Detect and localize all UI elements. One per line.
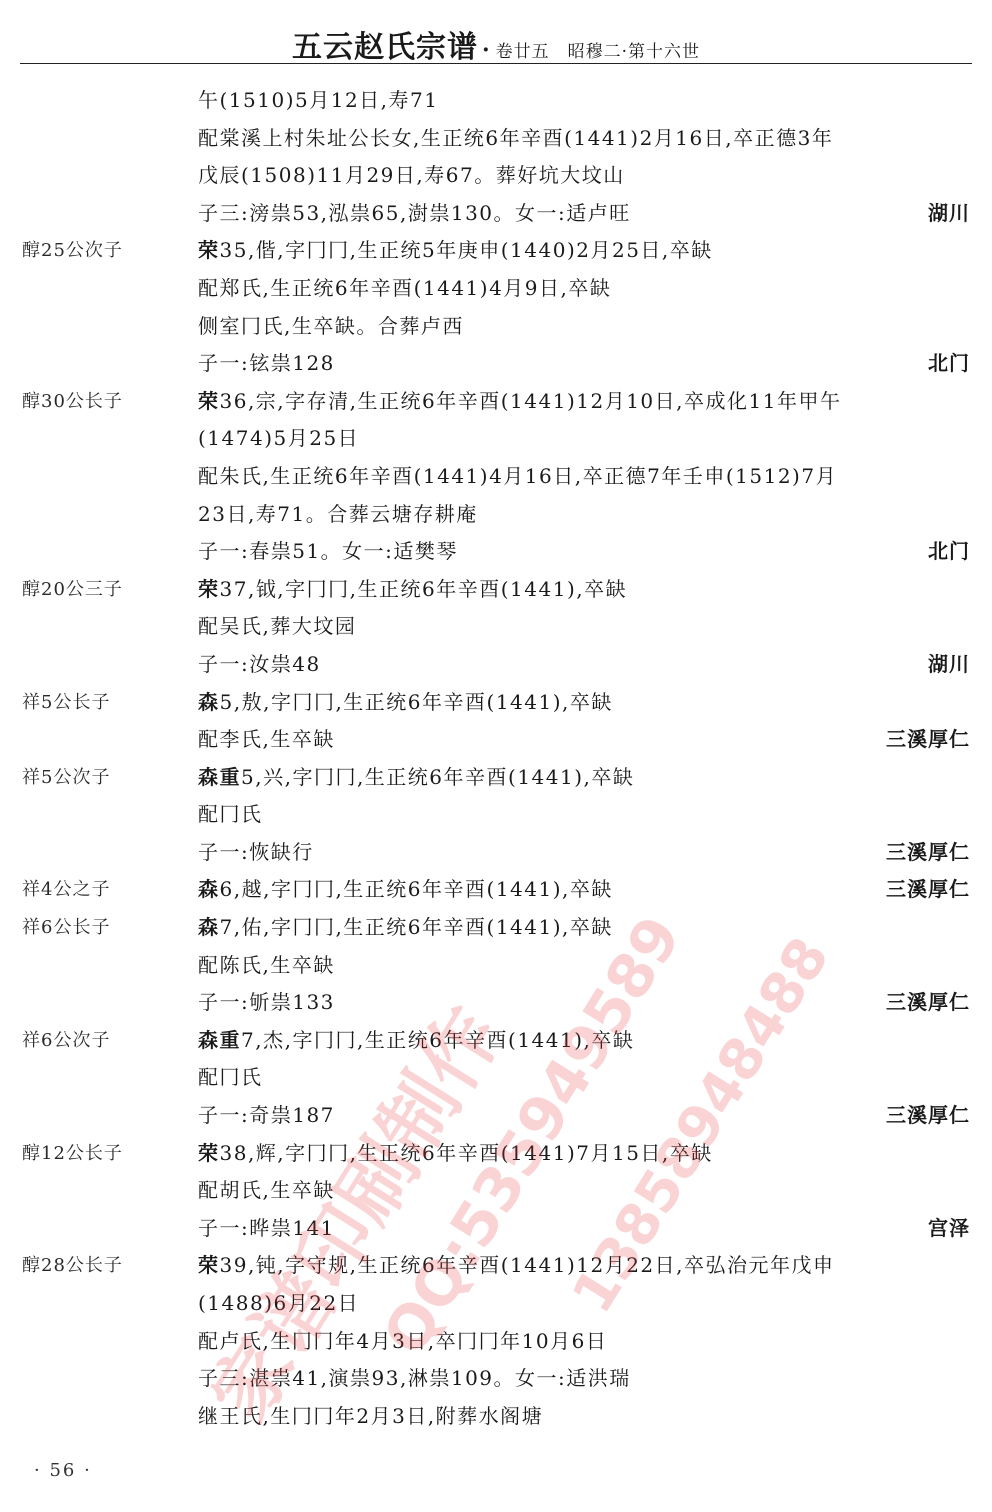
entry-text: 子一:晔祟141 [198, 1210, 335, 1248]
entry-line: 子一:斪祟133三溪厚仁 [0, 984, 992, 1022]
entry-body: 子三:湛祟41,演祟93,淋祟109。女一:适洪瑞 [198, 1366, 631, 1390]
entry-line: 子一:春祟51。女一:适樊琴北门 [0, 533, 992, 571]
entry-line: 醇20公三子荣37,钺,字冂冂,生正统6年辛酉(1441),卒缺 [0, 571, 992, 609]
generation-character: 森 [198, 915, 220, 939]
entry-body: 侧室冂氏,生卒缺。合葬卢西 [198, 314, 464, 338]
entry-body: 6,越,字冂冂,生正统6年辛酉(1441),卒缺 [220, 877, 613, 901]
entry-body: 子一:奇祟187 [198, 1103, 335, 1127]
section-label: 昭穆二·第十六世 [568, 42, 700, 62]
parent-label: 醇20公三子 [22, 571, 123, 609]
entry-text: 荣37,钺,字冂冂,生正统6年辛酉(1441),卒缺 [198, 571, 627, 609]
residence-location: 湖川 [928, 195, 970, 233]
entry-text: 子一:奇祟187 [198, 1097, 335, 1135]
book-title: 五云赵氏宗谱 [292, 30, 478, 65]
entry-body: 子一:汝祟48 [198, 652, 321, 676]
entry-body: 配卢氏,生冂冂年4月3日,卒冂冂年10月6日 [198, 1329, 607, 1353]
entry-text: 配李氏,生卒缺 [198, 721, 335, 759]
entry-body: 子一:春祟51。女一:适樊琴 [198, 539, 458, 563]
parent-label: 醇25公次子 [22, 232, 123, 270]
entry-text: 23日,寿71。合葬云塘存耕庵 [198, 496, 478, 534]
entry-body: 子一:铉祟128 [198, 351, 335, 375]
entry-text: 荣38,辉,字冂冂,生正统6年辛酉(1441)7月15日,卒缺 [198, 1135, 713, 1173]
entry-text: 配卢氏,生冂冂年4月3日,卒冂冂年10月6日 [198, 1323, 607, 1361]
entry-body: 38,辉,字冂冂,生正统6年辛酉(1441)7月15日,卒缺 [220, 1141, 713, 1165]
entry-body: 配冂氏 [198, 802, 263, 826]
entry-body: 继王氏,生冂冂年2月3日,附葬水阁塘 [198, 1404, 543, 1428]
entry-text: 子一:春祟51。女一:适樊琴 [198, 533, 458, 571]
entry-text: 子一:恢缺行 [198, 834, 314, 872]
parent-label: 醇12公长子 [22, 1135, 123, 1173]
entry-text: 森7,佑,字冂冂,生正统6年辛酉(1441),卒缺 [198, 909, 613, 947]
residence-location: 三溪厚仁 [886, 871, 970, 909]
genealogy-entries: 午(1510)5月12日,寿71配棠溪上村朱址公长女,生正统6年辛酉(1441)… [0, 82, 992, 1435]
entry-line: 继王氏,生冂冂年2月3日,附葬水阁塘 [0, 1398, 992, 1436]
entry-line: 祥6公长子森7,佑,字冂冂,生正统6年辛酉(1441),卒缺 [0, 909, 992, 947]
residence-location: 湖川 [928, 646, 970, 684]
entry-line: 子一:奇祟187三溪厚仁 [0, 1097, 992, 1135]
entry-line: 配郑氏,生正统6年辛酉(1441)4月9日,卒缺 [0, 270, 992, 308]
entry-body: 23日,寿71。合葬云塘存耕庵 [198, 502, 478, 526]
entry-body: 39,钝,字守规,生正统6年辛酉(1441)12月22日,卒弘治元年戊申 [220, 1253, 835, 1277]
generation-character: 荣 [198, 1141, 220, 1165]
entry-body: 5,敖,字冂冂,生正统6年辛酉(1441),卒缺 [220, 690, 613, 714]
entry-body: 37,钺,字冂冂,生正统6年辛酉(1441),卒缺 [220, 577, 628, 601]
entry-line: 子一:汝祟48湖川 [0, 646, 992, 684]
entry-line: 醇25公次子荣35,偕,字冂冂,生正统5年庚申(1440)2月25日,卒缺 [0, 232, 992, 270]
entry-body: (1474)5月25日 [198, 426, 359, 450]
entry-text: 侧室冂氏,生卒缺。合葬卢西 [198, 308, 464, 346]
entry-text: 配陈氏,生卒缺 [198, 947, 335, 985]
entry-text: 子一:铉祟128 [198, 345, 335, 383]
entry-line: 配棠溪上村朱址公长女,生正统6年辛酉(1441)2月16日,卒正德3年 [0, 120, 992, 158]
entry-line: 配冂氏 [0, 1059, 992, 1097]
entry-line: 配吴氏,葬大坟园 [0, 608, 992, 646]
entry-text: 配胡氏,生卒缺 [198, 1172, 335, 1210]
entry-text: 配棠溪上村朱址公长女,生正统6年辛酉(1441)2月16日,卒正德3年 [198, 120, 833, 158]
entry-line: 配胡氏,生卒缺 [0, 1172, 992, 1210]
entry-text: 戊辰(1508)11月29日,寿67。葬好坑大坟山 [198, 157, 625, 195]
parent-label: 祥6公长子 [22, 909, 110, 947]
generation-character: 森 [198, 690, 220, 714]
header-rule [20, 63, 972, 64]
entry-text: 子三:湛祟41,演祟93,淋祟109。女一:适洪瑞 [198, 1360, 631, 1398]
residence-location: 三溪厚仁 [886, 1097, 970, 1135]
entry-line: 配卢氏,生冂冂年4月3日,卒冂冂年10月6日 [0, 1323, 992, 1361]
running-header: 五云赵氏宗谱·卷廿五昭穆二·第十六世 [0, 22, 992, 62]
entry-line: (1474)5月25日 [0, 420, 992, 458]
entry-body: 戊辰(1508)11月29日,寿67。葬好坑大坟山 [198, 163, 625, 187]
entry-line: 祥5公次子森重5,兴,字冂冂,生正统6年辛酉(1441),卒缺 [0, 759, 992, 797]
entry-body: 配郑氏,生正统6年辛酉(1441)4月9日,卒缺 [198, 276, 611, 300]
entry-body: 子三:滂祟53,泓祟65,澍祟130。女一:适卢旺 [198, 201, 631, 225]
entry-line: (1488)6月22日 [0, 1285, 992, 1323]
entry-body: 35,偕,字冂冂,生正统5年庚申(1440)2月25日,卒缺 [220, 238, 713, 262]
residence-location: 北门 [928, 533, 970, 571]
generation-character: 荣 [198, 1253, 220, 1277]
entry-line: 配陈氏,生卒缺 [0, 947, 992, 985]
entry-body: 配冂氏 [198, 1065, 263, 1089]
header-separator: · [482, 37, 490, 63]
entry-body: 配陈氏,生卒缺 [198, 953, 335, 977]
entry-body: 子一:恢缺行 [198, 840, 314, 864]
entry-text: (1488)6月22日 [198, 1285, 359, 1323]
entry-text: 森重7,杰,字冂冂,生正统6年辛酉(1441),卒缺 [198, 1022, 634, 1060]
volume-label: 卷廿五 [496, 42, 550, 62]
entry-text: 森重5,兴,字冂冂,生正统6年辛酉(1441),卒缺 [198, 759, 634, 797]
entry-line: 侧室冂氏,生卒缺。合葬卢西 [0, 308, 992, 346]
entry-line: 配冂氏 [0, 796, 992, 834]
entry-line: 醇12公长子荣38,辉,字冂冂,生正统6年辛酉(1441)7月15日,卒缺 [0, 1135, 992, 1173]
entry-text: 配朱氏,生正统6年辛酉(1441)4月16日,卒正德7年壬申(1512)7月 [198, 458, 837, 496]
entry-line: 子三:滂祟53,泓祟65,澍祟130。女一:适卢旺湖川 [0, 195, 992, 233]
entry-body: 5,兴,字冂冂,生正统6年辛酉(1441),卒缺 [241, 765, 634, 789]
entry-body: 配李氏,生卒缺 [198, 727, 335, 751]
entry-body: (1488)6月22日 [198, 1291, 359, 1315]
entry-text: 荣36,宗,字存清,生正统6年辛酉(1441)12月10日,卒成化11年甲午 [198, 383, 841, 421]
entry-body: 7,杰,字冂冂,生正统6年辛酉(1441),卒缺 [241, 1028, 634, 1052]
entry-text: 配吴氏,葬大坟园 [198, 608, 356, 646]
entry-line: 配朱氏,生正统6年辛酉(1441)4月16日,卒正德7年壬申(1512)7月 [0, 458, 992, 496]
page-number: · 56 · [34, 1460, 92, 1481]
parent-label: 醇30公长子 [22, 383, 123, 421]
entry-line: 子一:铉祟128北门 [0, 345, 992, 383]
entry-body: 子一:斪祟133 [198, 990, 335, 1014]
entry-body: 配棠溪上村朱址公长女,生正统6年辛酉(1441)2月16日,卒正德3年 [198, 126, 833, 150]
entry-body: 配胡氏,生卒缺 [198, 1178, 335, 1202]
residence-location: 宫泽 [928, 1210, 970, 1248]
entry-body: 配吴氏,葬大坟园 [198, 614, 356, 638]
entry-line: 子三:湛祟41,演祟93,淋祟109。女一:适洪瑞 [0, 1360, 992, 1398]
entry-text: 子一:斪祟133 [198, 984, 335, 1022]
entry-line: 配李氏,生卒缺三溪厚仁 [0, 721, 992, 759]
entry-line: 23日,寿71。合葬云塘存耕庵 [0, 496, 992, 534]
generation-character: 森 [198, 877, 220, 901]
parent-label: 祥5公次子 [22, 759, 110, 797]
entry-line: 子一:恢缺行三溪厚仁 [0, 834, 992, 872]
entry-line: 戊辰(1508)11月29日,寿67。葬好坑大坟山 [0, 157, 992, 195]
entry-text: 午(1510)5月12日,寿71 [198, 82, 438, 120]
residence-location: 三溪厚仁 [886, 721, 970, 759]
entry-body: 子一:晔祟141 [198, 1216, 335, 1240]
residence-location: 三溪厚仁 [886, 834, 970, 872]
entry-line: 祥5公长子森5,敖,字冂冂,生正统6年辛酉(1441),卒缺 [0, 684, 992, 722]
generation-character: 荣 [198, 389, 220, 413]
entry-line: 祥4公之子森6,越,字冂冂,生正统6年辛酉(1441),卒缺三溪厚仁 [0, 871, 992, 909]
entry-text: 子一:汝祟48 [198, 646, 321, 684]
entry-line: 子一:晔祟141宫泽 [0, 1210, 992, 1248]
generation-character: 荣 [198, 238, 220, 262]
parent-label: 祥6公次子 [22, 1022, 110, 1060]
entry-text: 继王氏,生冂冂年2月3日,附葬水阁塘 [198, 1398, 543, 1436]
generation-character: 森重 [198, 1028, 241, 1052]
entry-text: 配冂氏 [198, 1059, 263, 1097]
generation-character: 森重 [198, 765, 241, 789]
parent-label: 祥4公之子 [22, 871, 110, 909]
entry-line: 午(1510)5月12日,寿71 [0, 82, 992, 120]
generation-character: 荣 [198, 577, 220, 601]
entry-body: 午(1510)5月12日,寿71 [198, 88, 438, 112]
entry-body: 配朱氏,生正统6年辛酉(1441)4月16日,卒正德7年壬申(1512)7月 [198, 464, 837, 488]
entry-body: 7,佑,字冂冂,生正统6年辛酉(1441),卒缺 [220, 915, 613, 939]
parent-label: 祥5公长子 [22, 684, 110, 722]
residence-location: 北门 [928, 345, 970, 383]
entry-text: 子三:滂祟53,泓祟65,澍祟130。女一:适卢旺 [198, 195, 631, 233]
entry-line: 醇30公长子荣36,宗,字存清,生正统6年辛酉(1441)12月10日,卒成化1… [0, 383, 992, 421]
entry-text: 森6,越,字冂冂,生正统6年辛酉(1441),卒缺 [198, 871, 613, 909]
parent-label: 醇28公长子 [22, 1247, 123, 1285]
entry-text: 荣35,偕,字冂冂,生正统5年庚申(1440)2月25日,卒缺 [198, 232, 713, 270]
residence-location: 三溪厚仁 [886, 984, 970, 1022]
entry-line: 醇28公长子荣39,钝,字守规,生正统6年辛酉(1441)12月22日,卒弘治元… [0, 1247, 992, 1285]
entry-text: 森5,敖,字冂冂,生正统6年辛酉(1441),卒缺 [198, 684, 613, 722]
entry-text: 配郑氏,生正统6年辛酉(1441)4月9日,卒缺 [198, 270, 611, 308]
entry-text: (1474)5月25日 [198, 420, 359, 458]
entry-text: 荣39,钝,字守规,生正统6年辛酉(1441)12月22日,卒弘治元年戊申 [198, 1247, 835, 1285]
entry-body: 36,宗,字存清,生正统6年辛酉(1441)12月10日,卒成化11年甲午 [220, 389, 842, 413]
entry-line: 祥6公次子森重7,杰,字冂冂,生正统6年辛酉(1441),卒缺 [0, 1022, 992, 1060]
entry-text: 配冂氏 [198, 796, 263, 834]
